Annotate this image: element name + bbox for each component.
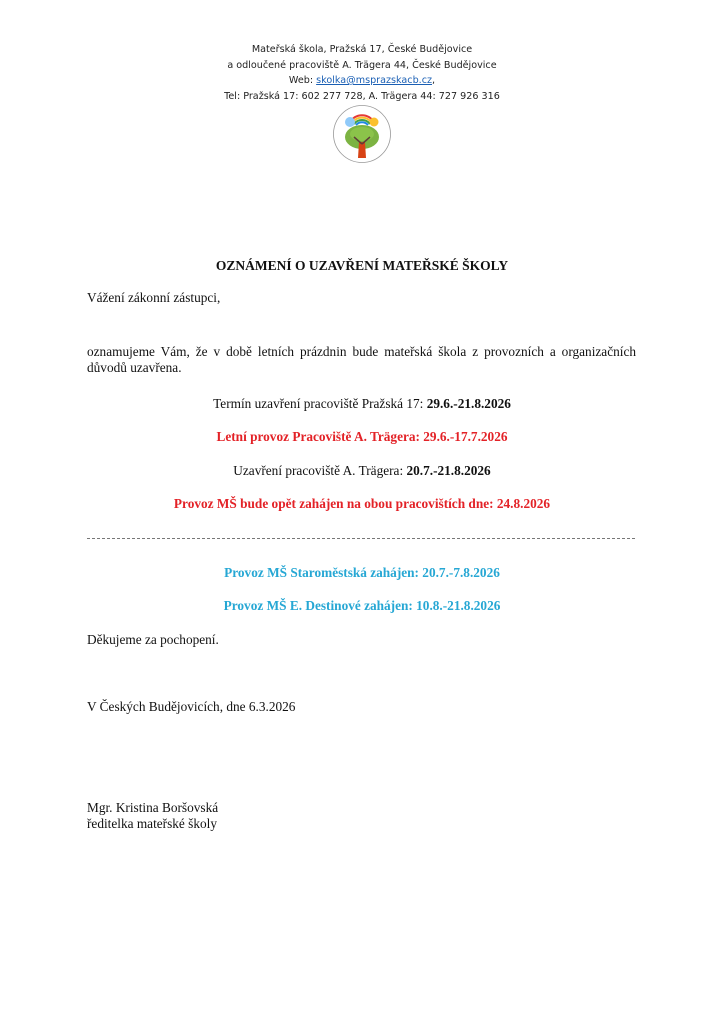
web-suffix: , <box>432 75 435 86</box>
signature-role: ředitelka mateřské školy <box>87 816 217 832</box>
closure-prazska: Termín uzavření pracoviště Pražská 17: 2… <box>0 396 724 412</box>
letterhead-line-2: a odloučené pracoviště A. Trägera 44, Če… <box>0 58 724 74</box>
staromestska-notice: Provoz MŠ Staroměstská zahájen: 20.7.-7.… <box>0 565 724 581</box>
closure-prazska-dates: 29.6.-21.8.2026 <box>427 396 511 411</box>
closure-tragera-dates: 20.7.-21.8.2026 <box>406 463 490 478</box>
letterhead-web: Web: skolka@msprazskacb.cz, <box>0 73 724 89</box>
signature-name: Mgr. Kristina Boršovská <box>87 800 218 816</box>
intro-paragraph: oznamujeme Vám, že v době letních prázdn… <box>87 344 636 376</box>
email-link[interactable]: skolka@msprazskacb.cz <box>316 75 432 86</box>
letterhead-phone: Tel: Pražská 17: 602 277 728, A. Trägera… <box>0 89 724 105</box>
document-page: Mateřská škola, Pražská 17, České Budějo… <box>0 0 724 1024</box>
summer-tragera: Letní provoz Pracoviště A. Trägera: 29.6… <box>0 429 724 445</box>
destinove-notice: Provoz MŠ E. Destinové zahájen: 10.8.-21… <box>0 598 724 614</box>
dashed-divider <box>87 538 635 539</box>
closure-prazska-label: Termín uzavření pracoviště Pražská 17: <box>213 396 427 411</box>
reopen-notice: Provoz MŠ bude opět zahájen na obou prac… <box>0 496 724 512</box>
thanks: Děkujeme za pochopení. <box>87 632 219 648</box>
letterhead: Mateřská škola, Pražská 17, České Budějo… <box>0 42 724 104</box>
school-logo-icon <box>332 104 392 164</box>
web-label: Web: <box>289 75 316 86</box>
place-date: V Českých Budějovicích, dne 6.3.2026 <box>87 699 295 715</box>
document-title: OZNÁMENÍ O UZAVŘENÍ MATEŘSKÉ ŠKOLY <box>0 258 724 274</box>
closure-tragera-label: Uzavření pracoviště A. Trägera: <box>233 463 406 478</box>
closure-tragera: Uzavření pracoviště A. Trägera: 20.7.-21… <box>0 463 724 479</box>
salutation: Vážení zákonní zástupci, <box>87 290 220 306</box>
letterhead-line-1: Mateřská škola, Pražská 17, České Budějo… <box>0 42 724 58</box>
